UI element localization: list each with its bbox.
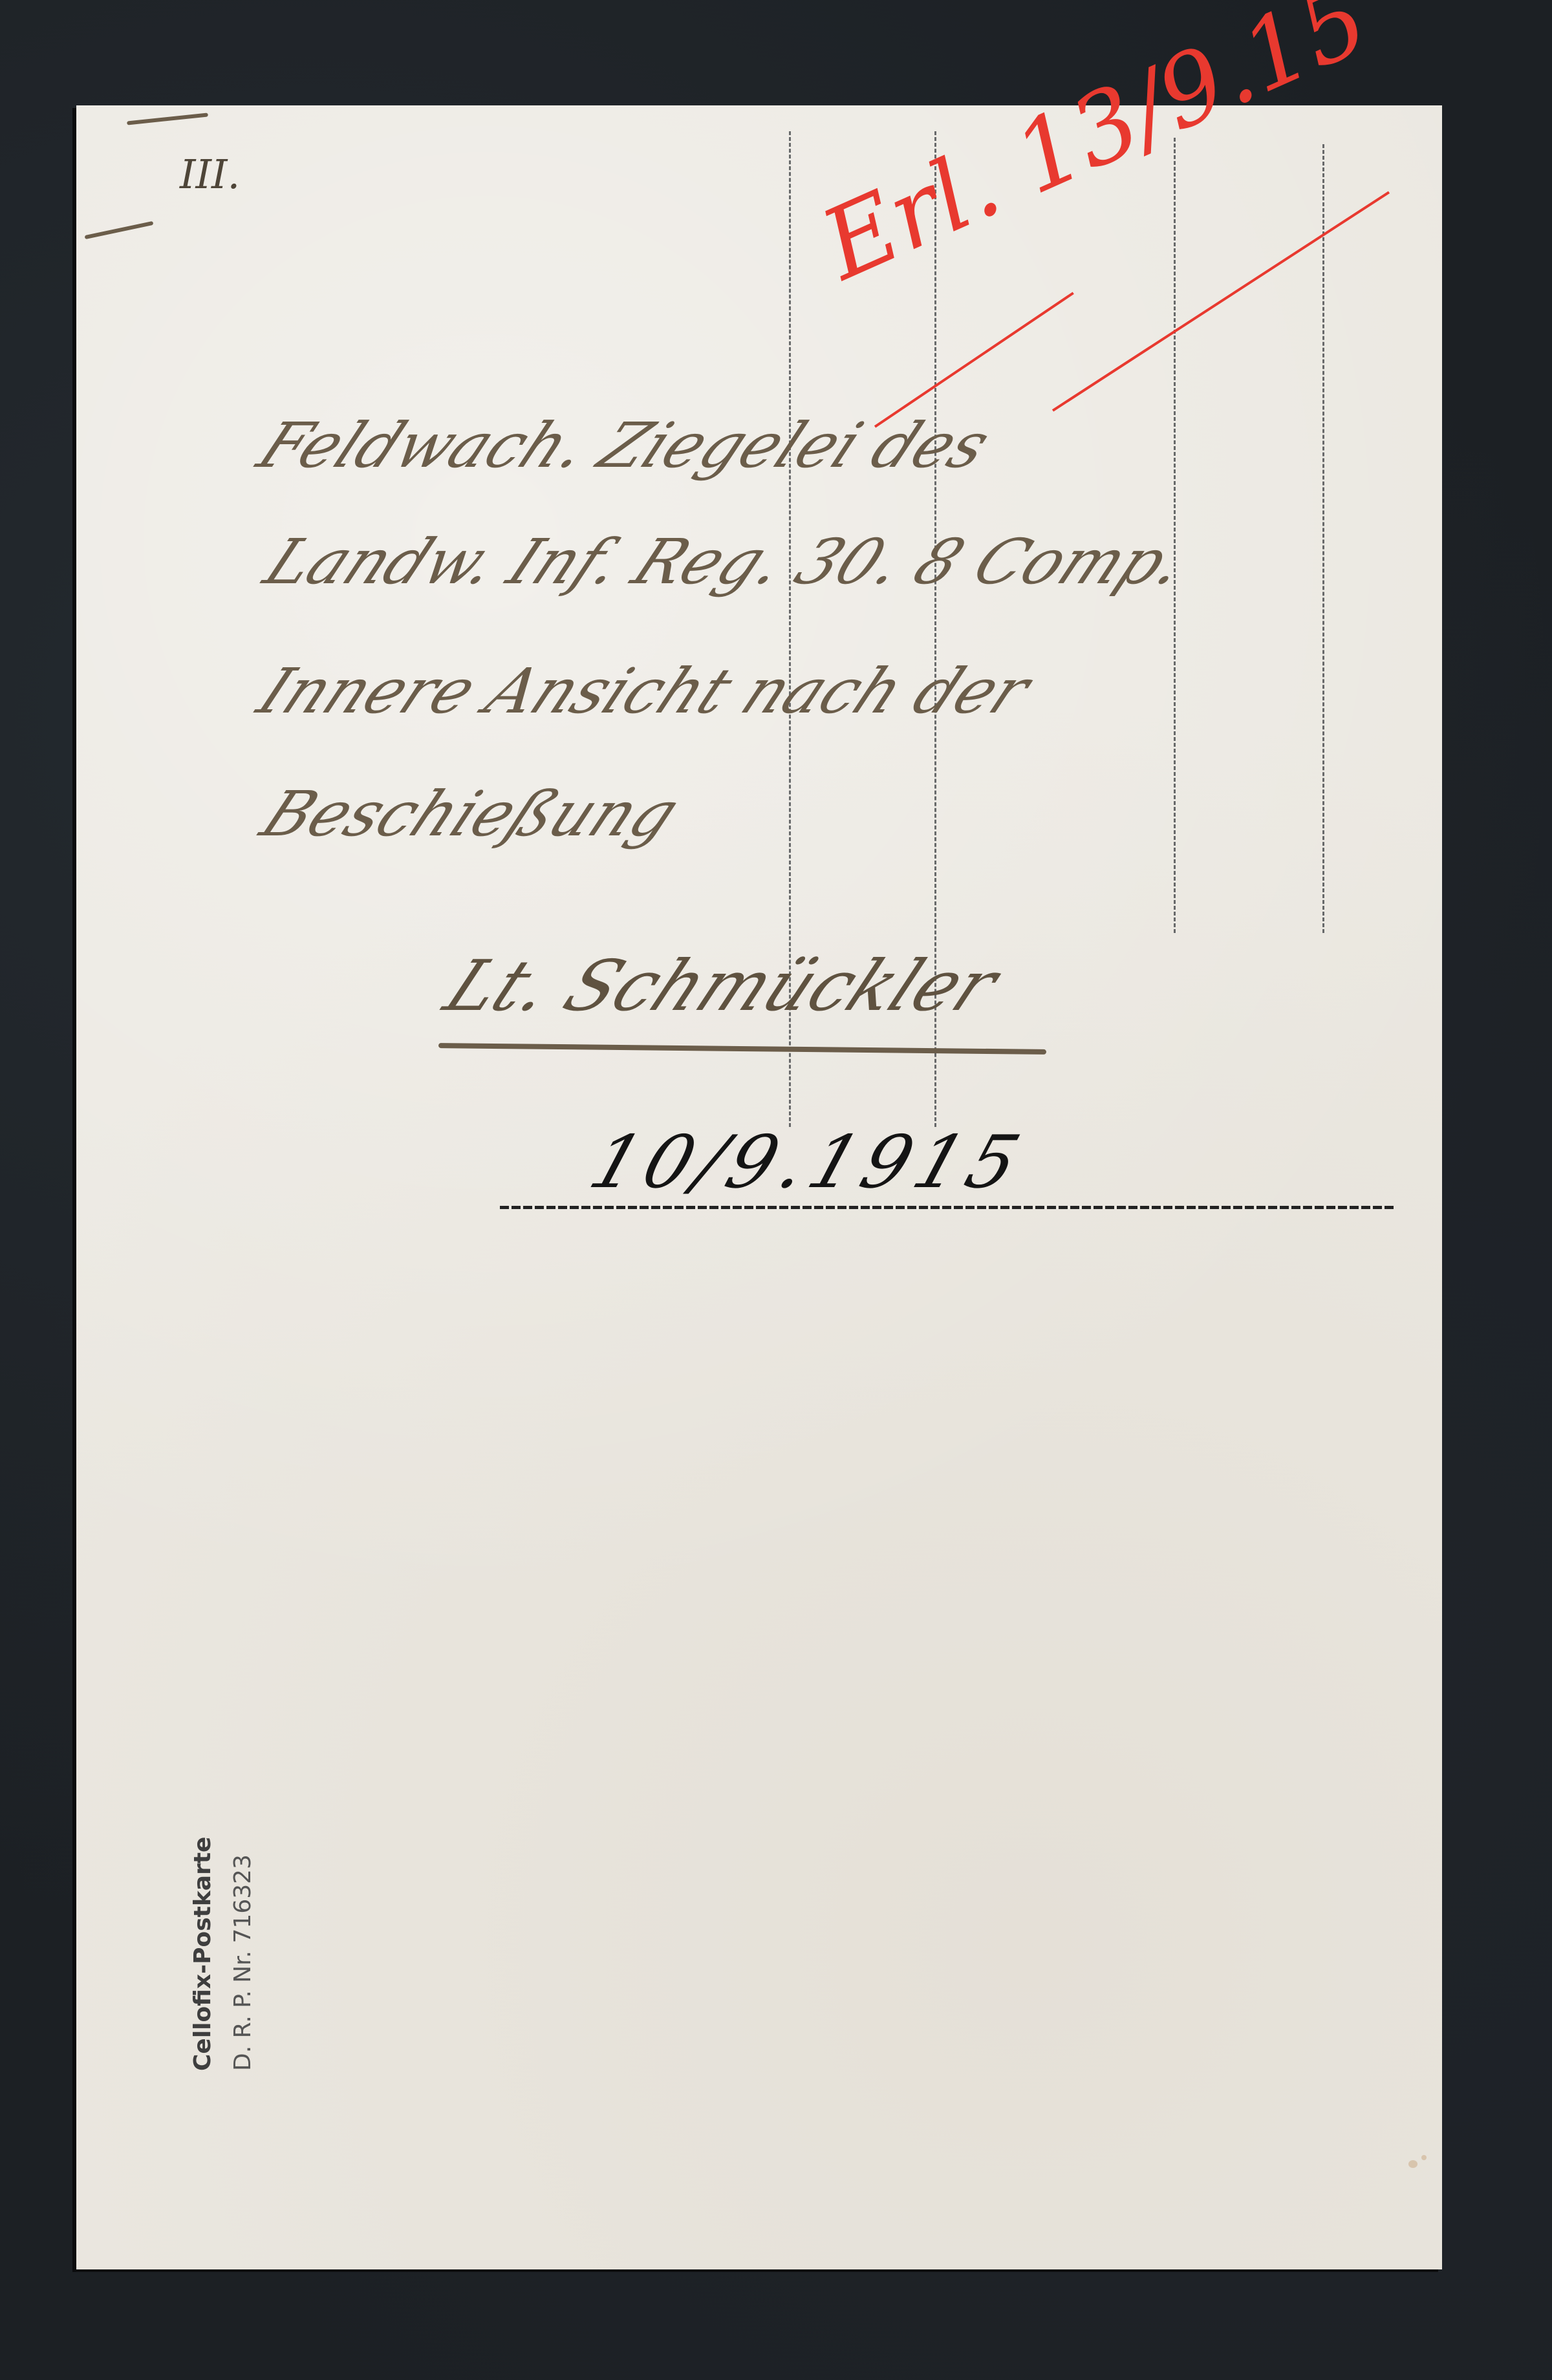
- caption-line-2: Landw. Inf. Reg. 30. 8 Comp.: [253, 526, 1199, 598]
- roman-numeral-overline: [127, 113, 208, 125]
- foxing-stain: [1421, 2155, 1427, 2160]
- date-dashed-underline: [500, 1206, 1396, 1209]
- red-underline-left: [874, 292, 1074, 427]
- postcard: III. Erl. 13/9.15 Feldwach. Ziegelei des…: [76, 105, 1442, 2269]
- signature: Lt. Schmückler: [433, 946, 1011, 1027]
- roman-numeral: III.: [180, 151, 240, 198]
- dotted-guide-4: [1322, 144, 1324, 933]
- foxing-stain: [1408, 2160, 1417, 2168]
- caption-line-4: Beschießung: [250, 778, 691, 850]
- roman-numeral-underline: [85, 221, 154, 239]
- signature-underline: [438, 1043, 1046, 1055]
- imprint-brand: Cellofix-Postkarte: [183, 1837, 223, 2071]
- caption-line-1: Feldwach. Ziegelei des: [247, 409, 1002, 482]
- handwritten-date: 10/9.1915: [580, 1120, 1035, 1205]
- red-underline-right: [1052, 191, 1390, 412]
- publisher-imprint: Cellofix-Postkarte D. R. P. Nr. 716323: [183, 1837, 263, 2071]
- caption-line-3: Innere Ansicht nach der: [247, 655, 1042, 727]
- imprint-patent: D. R. P. Nr. 716323: [223, 1837, 263, 2071]
